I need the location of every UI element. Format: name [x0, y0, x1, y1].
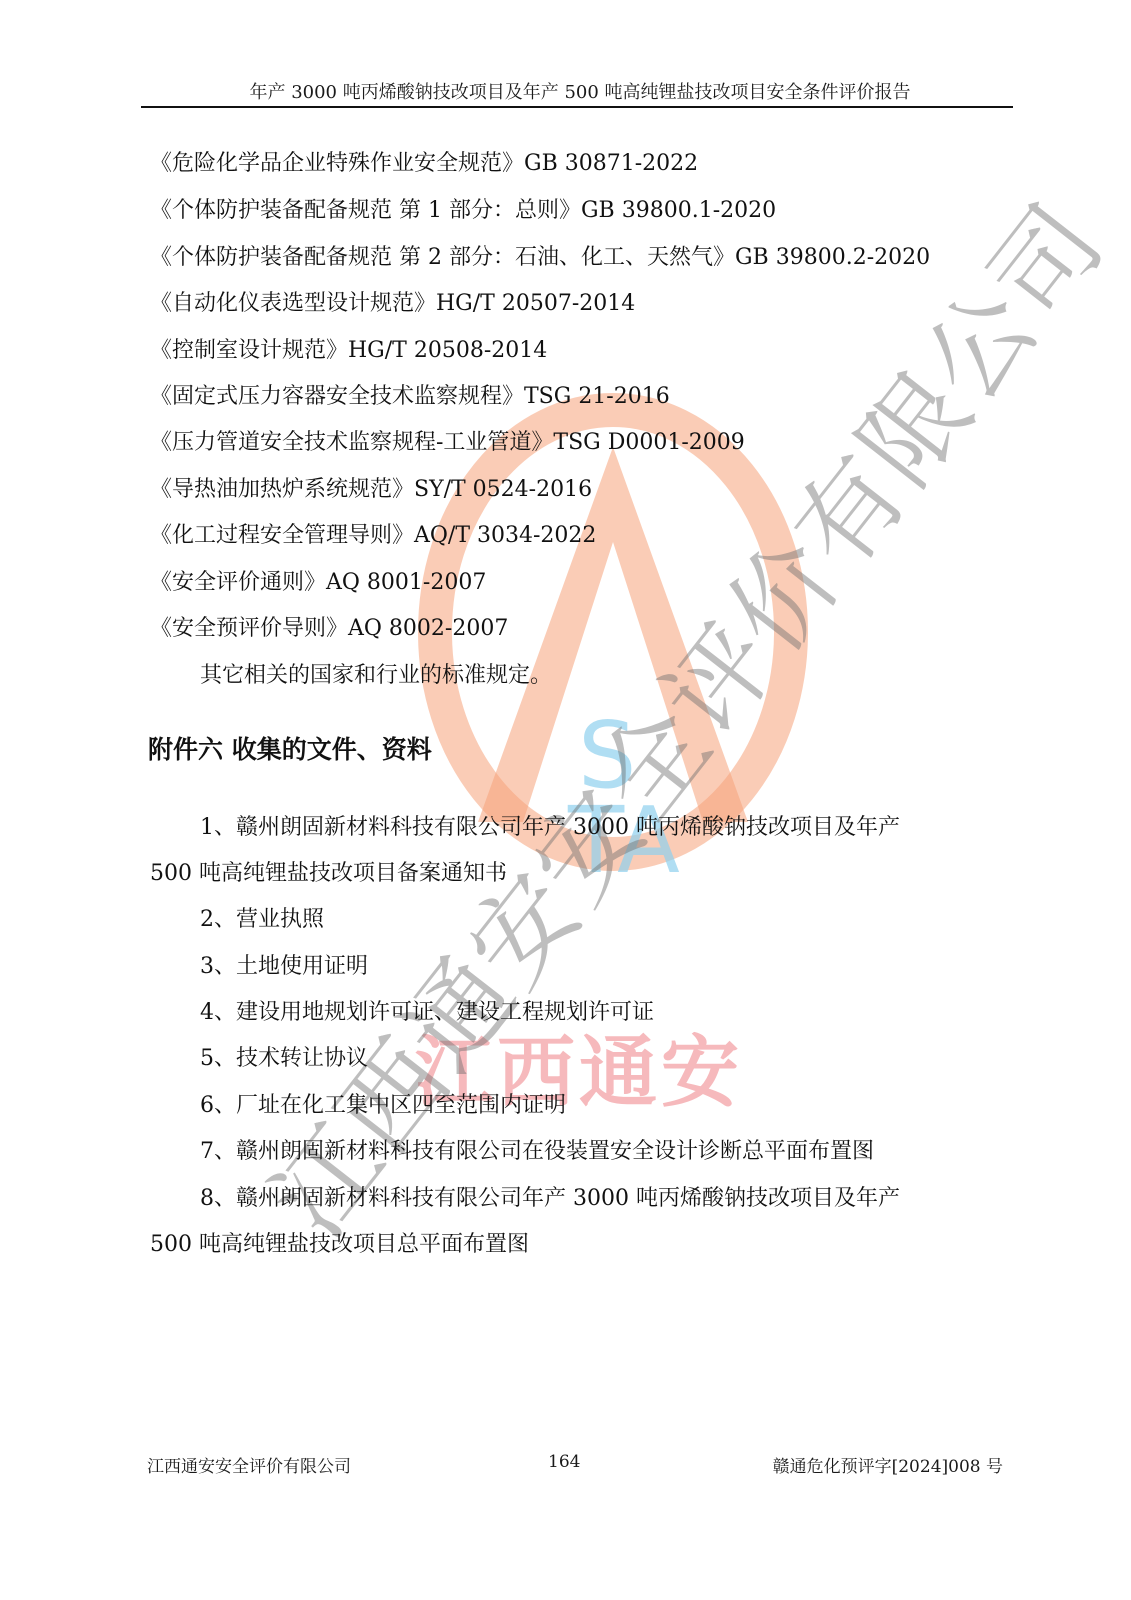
running-header-title: 年产 3000 吨丙烯酸钠技改项目及年产 500 吨高纯锂盐技改项目安全条件评价…: [140, 78, 1020, 104]
document-item: 8、赣州朗固新材料科技有限公司年产 3000 吨丙烯酸钠技改项目及年产: [200, 1181, 900, 1212]
other-standards-note: 其它相关的国家和行业的标准规定。: [200, 658, 552, 689]
document-item: 1、赣州朗固新材料科技有限公司年产 3000 吨丙烯酸钠技改项目及年产: [200, 810, 900, 841]
document-item: 4、建设用地规划许可证、建设工程规划许可证: [200, 995, 654, 1026]
standard-item: 《压力管道安全技术监察规程-工业管道》TSG D0001-2009: [150, 425, 745, 456]
document-item: 7、赣州朗固新材料科技有限公司在役装置安全设计诊断总平面布置图: [200, 1134, 874, 1165]
document-item-continuation: 500 吨高纯锂盐技改项目备案通知书: [150, 856, 507, 887]
document-page: S TA 江西通安 江西通安安全评价有限公司 年产 3000 吨丙烯酸钠技改项目…: [0, 0, 1131, 1600]
standard-item: 《危险化学品企业特殊作业安全规范》GB 30871-2022: [150, 146, 698, 177]
standard-item: 《化工过程安全管理导则》AQ/T 3034-2022: [150, 518, 596, 549]
standard-item: 《导热油加热炉系统规范》SY/T 0524-2016: [150, 472, 592, 503]
page-number: 164: [548, 1452, 580, 1472]
standard-item: 《自动化仪表选型设计规范》HG/T 20507-2014: [150, 286, 635, 317]
document-item: 2、营业执照: [200, 902, 324, 933]
document-item: 6、厂址在化工集中区四至范围内证明: [200, 1088, 566, 1119]
standard-item: 《控制室设计规范》HG/T 20508-2014: [150, 333, 547, 364]
footer-company: 江西通安安全评价有限公司: [147, 1452, 351, 1477]
svg-text:S: S: [578, 702, 636, 809]
standard-item: 《个体防护装备配备规范 第 1 部分：总则》GB 39800.1-2020: [150, 193, 776, 224]
standard-item: 《安全评价通则》AQ 8001-2007: [150, 565, 486, 596]
document-item: 3、土地使用证明: [200, 949, 368, 980]
header-divider: [141, 106, 1013, 108]
footer-document-number: 赣通危化预评字[2024]008 号: [773, 1452, 1003, 1477]
standard-item: 《个体防护装备配备规范 第 2 部分：石油、化工、天然气》GB 39800.2-…: [150, 240, 930, 271]
section-heading: 附件六 收集的文件、资料: [148, 730, 432, 766]
standard-item: 《固定式压力容器安全技术监察规程》TSG 21-2016: [150, 379, 670, 410]
standard-item: 《安全预评价导则》AQ 8002-2007: [150, 611, 508, 642]
document-item: 5、技术转让协议: [200, 1041, 368, 1072]
document-item-continuation: 500 吨高纯锂盐技改项目总平面布置图: [150, 1227, 529, 1258]
